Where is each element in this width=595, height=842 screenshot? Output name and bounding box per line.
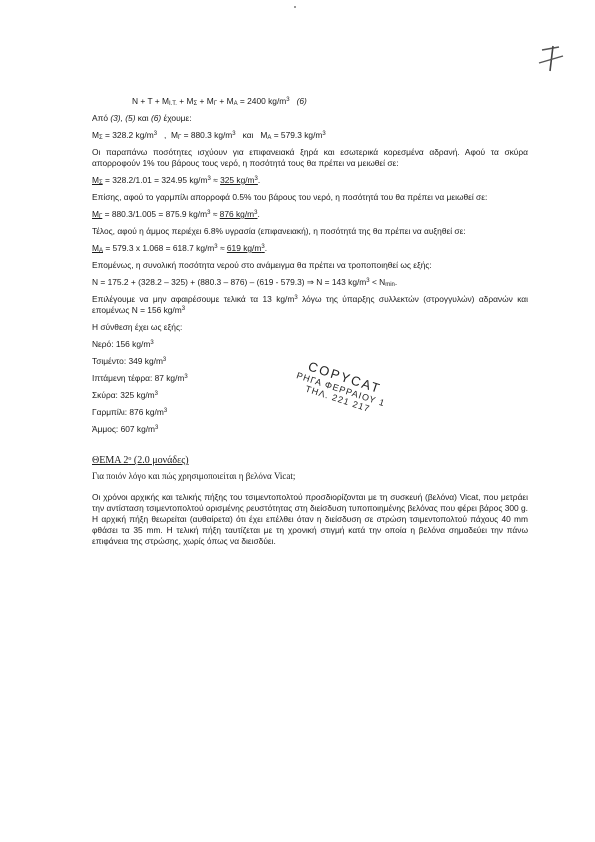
aggregate-values-line: MΣ = 328.2 kg/m3 , MΓ = 880.3 kg/m3 και … xyxy=(92,130,528,141)
from-equations-line: Από (3), (5) και (6) έχουμε: xyxy=(92,113,528,124)
calc-water: N = 175.2 + (328.2 – 325) + (880.3 – 876… xyxy=(92,277,528,288)
calc-fine-gravel: MΓ = 880.3/1.005 = 875.9 kg/m3 ≈ 876 kg/… xyxy=(92,209,528,220)
paragraph-sand-moisture: Τέλος, αφού η άμμος περιέχει 6.8% υγρασί… xyxy=(92,226,528,237)
section-2-answer: Οι χρόνοι αρχικής και τελικής πήξης του … xyxy=(92,492,528,547)
handwritten-page-number xyxy=(536,40,566,74)
paragraph-water-choice: Επιλέγουμε να μην αφαιρέσουμε τελικά τα … xyxy=(92,294,528,316)
document-body: N + T + MΙ.Τ. + MΣ + MΓ + MΑ = 2400 kg/m… xyxy=(92,96,528,547)
scan-speck xyxy=(294,6,296,8)
composition-item-water: Νερό: 156 kg/m3 xyxy=(92,339,528,350)
section-2-heading: ΘΕΜΑ 2ο (2.0 μονάδες) xyxy=(92,455,528,466)
paragraph-fine-gravel-absorption: Επίσης, αφού το γαρμπίλι απορροφά 0.5% τ… xyxy=(92,192,528,203)
composition-item-sand: Άμμος: 607 kg/m3 xyxy=(92,424,528,435)
composition-title: Η σύνθεση έχει ως εξής: xyxy=(92,322,528,333)
equation-6: N + T + MΙ.Τ. + MΣ + MΓ + MΑ = 2400 kg/m… xyxy=(92,96,528,107)
paragraph-total-water: Επομένως, η συνολική ποσότητα νερού στο … xyxy=(92,260,528,271)
composition-item-fine-gravel: Γαρμπίλι: 876 kg/m3 xyxy=(92,407,528,418)
calc-sand: MΑ = 579.3 x 1.068 = 618.7 kg/m3 ≈ 619 k… xyxy=(92,243,528,254)
paragraph-gravel-absorption: Οι παραπάνω ποσότητες ισχύουν για επιφαν… xyxy=(92,147,528,169)
section-2-question: Για ποιόν λόγο και πώς χρησιμοποιείται η… xyxy=(92,471,528,482)
calc-gravel: MΣ = 328.2/1.01 = 324.95 kg/m3 ≈ 325 kg/… xyxy=(92,175,528,186)
